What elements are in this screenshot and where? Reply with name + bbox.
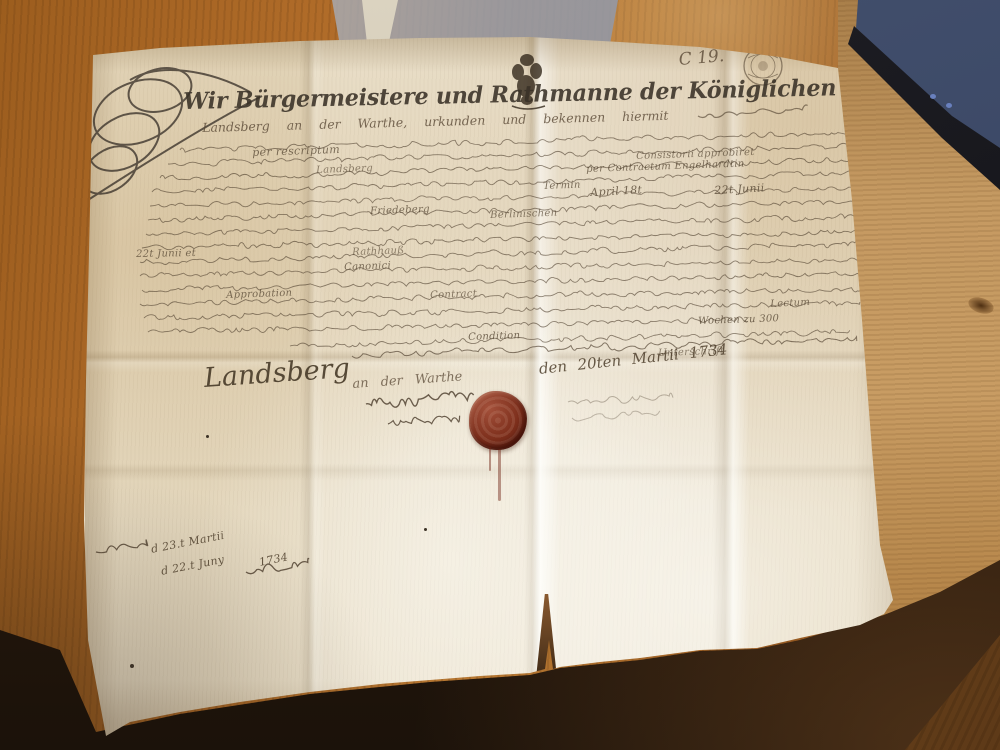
handwriting-fragment: Approbation (226, 288, 293, 301)
handwriting-fragment: Canonici (344, 260, 391, 273)
handwriting-fragment: Contract (430, 288, 477, 301)
handwriting-fragment: 22t Junii (714, 181, 765, 197)
handwriting-fragment: per rescriptum (252, 143, 340, 159)
wax-drip (489, 447, 491, 471)
handwriting-fragment: Berlinischen (490, 208, 558, 221)
handwriting-fragment: Landsberg (316, 163, 373, 176)
handwriting-fragment: Condition (468, 330, 520, 343)
handwriting-fragment: per Contractum Engelhardtin (586, 158, 745, 175)
handwriting-fragment: Termin (543, 180, 581, 192)
handwriting-fragment: 22t Junii et (136, 248, 196, 260)
laptop-glint (946, 103, 952, 108)
handwriting-fragment: d 22.t Juny (160, 553, 225, 578)
wax-drip (498, 449, 501, 501)
handwriting-fragment: Friedeberg (370, 204, 430, 217)
handwriting-fragment: Rathhauß (352, 245, 404, 258)
laptop-glint (930, 94, 936, 99)
handwriting-fragment: Wochen zu 300 (698, 313, 779, 327)
handwriting-fragment: d 23.t Martii (150, 529, 226, 556)
ink-dot (424, 528, 427, 531)
handwriting-fragment: April 18t (590, 183, 643, 199)
photo-of-historical-document: Wir Bürgermeistere und Rathmanne der Kön… (0, 0, 1000, 750)
red-wax-seal (469, 391, 527, 450)
ink-dot (130, 664, 134, 668)
handwriting-fragment: 1734 (258, 550, 289, 568)
handwriting-fragment: Lectum (770, 297, 810, 310)
handwriting-fragment: Unterschrift (658, 346, 724, 359)
ink-dot (206, 435, 209, 438)
